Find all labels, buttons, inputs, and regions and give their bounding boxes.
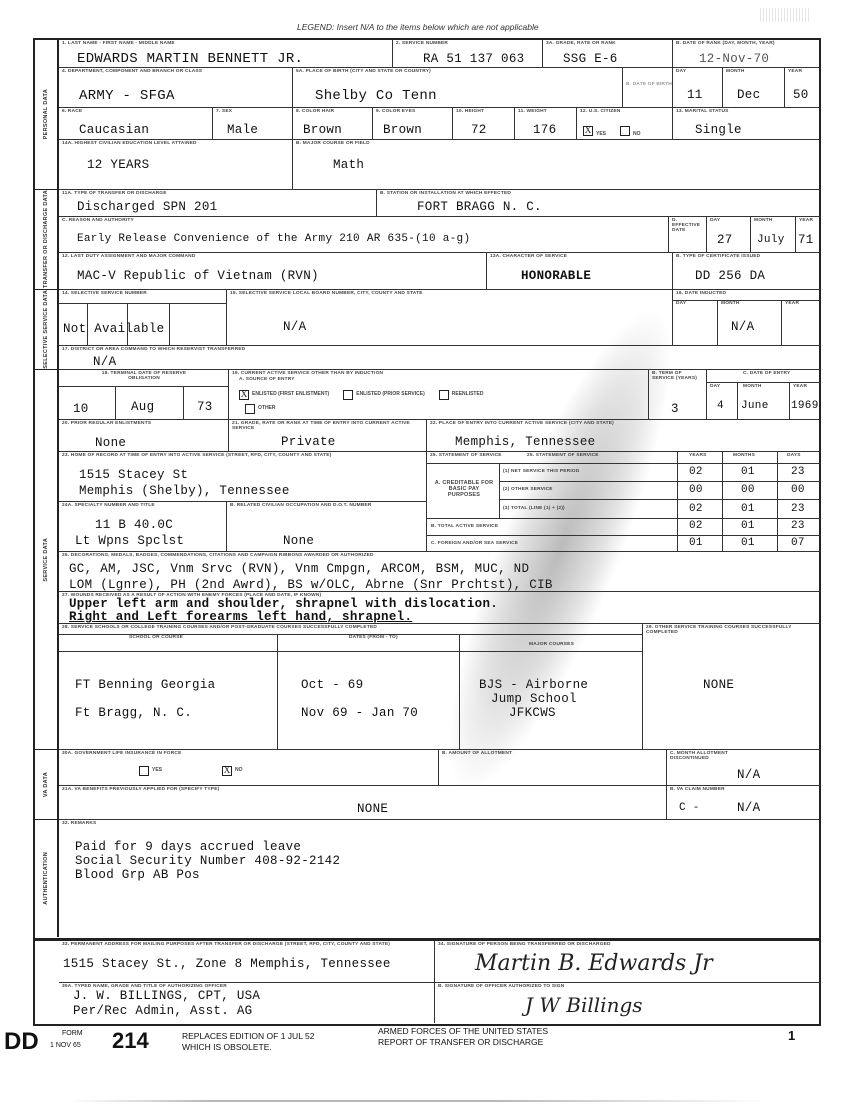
- field-dob-month: MONTH Dec: [723, 68, 785, 108]
- field-grade: 3a. GRADE, RATE OR RANK SSG E-6: [543, 40, 673, 68]
- enlisted-prior-checkbox[interactable]: [343, 390, 353, 400]
- scan-edge-line: [70, 1100, 770, 1102]
- footer-form-date: 1 NOV 65: [50, 1042, 81, 1049]
- field-service-number: 2. SERVICE NUMBER RA 51 137 063: [393, 40, 543, 68]
- field-prior-enlistments: 20. PRIOR REGULAR ENLISTMENTS None: [59, 420, 229, 452]
- footer-title-1: ARMED FORCES OF THE UNITED STATES: [378, 1026, 548, 1036]
- section-va-data: VA DATA: [35, 750, 59, 820]
- field-character-of-service: 13a. CHARACTER OF SERVICE HONORABLE: [487, 253, 673, 290]
- footer-form-number: 214: [112, 1028, 149, 1054]
- footer-title-2: REPORT OF TRANSFER OR DISCHARGE: [378, 1037, 543, 1047]
- legend-text: LEGEND: Insert N/A to the items below wh…: [297, 22, 539, 32]
- field-selective-service-number: 14. SELECTIVE SERVICE NUMBER Not Availab…: [59, 290, 227, 346]
- section-personal-data: PERSONAL DATA: [35, 40, 59, 190]
- signature-member: Martin B. Edwards Jr: [475, 951, 713, 976]
- section-authentication: AUTHENTICATION: [35, 820, 59, 937]
- field-last-duty-assignment: 12. LAST DUTY ASSIGNMENT AND MAJOR COMMA…: [59, 253, 487, 290]
- field-date-of-entry: c. DATE OF ENTRY DAY MONTH YEAR 4 June 1…: [707, 370, 821, 420]
- field-authorizing-officer: 35a. TYPED NAME, GRADE AND TITLE OF AUTH…: [59, 983, 435, 1023]
- field-race: 6. RACE Caucasian: [59, 108, 213, 140]
- field-date-inducted: 16. DATE INDUCTED DAY MONTH YEAR N/A: [673, 290, 821, 346]
- field-va-claim-number: b. VA CLAIM NUMBER C - N/A: [667, 786, 821, 820]
- insurance-yes-checkbox[interactable]: [139, 766, 149, 776]
- footer-replaces-1: REPLACES EDITION OF 1 JUL 52: [182, 1031, 314, 1041]
- field-place-of-birth: 5a. PLACE OF BIRTH (City and State or Co…: [293, 68, 623, 108]
- field-term-of-service: b. TERM OF SERVICE (Years) 3: [649, 370, 707, 420]
- field-decorations: 26. DECORATIONS, MEDALS, BADGES, COMMEND…: [59, 552, 821, 592]
- footer-page-number: 1: [788, 1028, 795, 1043]
- field-transfer-type: 11a. TYPE OF TRANSFER OR DISCHARGE Disch…: [59, 190, 377, 217]
- citizen-no-checkbox[interactable]: [620, 126, 630, 136]
- field-certificate-type: b. TYPE OF CERTIFICATE ISSUED DD 256 DA: [673, 253, 821, 290]
- dd214-form: PERSONAL DATA TRANSFER OR DISCHARGE DATA…: [33, 38, 821, 940]
- authentication-block: 33. PERMANENT ADDRESS FOR MAILING PURPOS…: [33, 940, 821, 1026]
- enlisted-first-checkbox[interactable]: X: [239, 390, 249, 400]
- statement-of-service: 25. STATEMENT OF SERVICE 25. STATEMENT O…: [427, 452, 821, 552]
- field-sex: 7. SEX Male: [213, 108, 293, 140]
- field-life-insurance: 30a. GOVERNMENT LIFE INSURANCE IN FORCE …: [59, 750, 439, 786]
- field-va-benefits: 31a. VA BENEFITS PREVIOUSLY APPLIED FOR …: [59, 786, 667, 820]
- field-dob-label: b. DATE OF BIRTH: [623, 68, 673, 108]
- field-date-of-rank: b. DATE OF RANK (Day, Month, Year) 12-No…: [673, 40, 821, 68]
- scan-stamp: [760, 8, 810, 22]
- field-weight: 11. WEIGHT 176: [515, 108, 577, 140]
- field-other-training: 29. OTHER SERVICE TRAINING COURSES SUCCE…: [643, 624, 821, 750]
- field-civilian-occupation: b. RELATED CIVILIAN OCCUPATION AND D.O.T…: [227, 502, 427, 552]
- signature-officer: J W Billings: [525, 993, 643, 1017]
- field-grade-at-entry: 21. GRADE, RATE OR RANK AT TIME OF ENTRY…: [229, 420, 427, 452]
- field-local-board: 15. SELECTIVE SERVICE LOCAL BOARD NUMBER…: [227, 290, 673, 346]
- field-home-of-record: 23. HOME OF RECORD AT TIME OF ENTRY INTO…: [59, 452, 427, 502]
- field-education: 14a. HIGHEST CIVILIAN EDUCATION LEVEL AT…: [59, 140, 293, 190]
- footer-replaces-2: WHICH IS OBSOLETE.: [182, 1042, 272, 1052]
- field-terminal-date: 18. TERMINAL DATE OF RESERVE OBLIGATION …: [59, 370, 229, 420]
- section-service-data: SERVICE DATA: [35, 370, 59, 750]
- field-signature-discharged: 34. SIGNATURE OF PERSON BEING TRANSFERRE…: [435, 941, 821, 983]
- footer-form-label: FORM: [62, 1030, 83, 1037]
- field-eff-month: MONTH July: [751, 217, 796, 253]
- field-dob-day: DAY 11: [673, 68, 723, 108]
- reenlisted-checkbox[interactable]: [439, 390, 449, 400]
- field-district: 17. DISTRICT OR AREA COMMAND TO WHICH RE…: [59, 346, 821, 370]
- field-source-of-entry: 19. CURRENT ACTIVE SERVICE OTHER THAN BY…: [229, 370, 649, 420]
- field-eff-year: YEAR 71: [796, 217, 821, 253]
- field-department: 4. DEPARTMENT, COMPONENT AND BRANCH OR C…: [59, 68, 293, 108]
- field-officer-signature: b. SIGNATURE OF OFFICER AUTHORIZED TO SI…: [435, 983, 821, 1023]
- field-eff-day: DAY 27: [707, 217, 751, 253]
- field-specialty: 24a. SPECIALTY NUMBER AND TITLE 11 B 40.…: [59, 502, 227, 552]
- field-place-of-entry: 22. PLACE OF ENTRY INTO CURRENT ACTIVE S…: [427, 420, 821, 452]
- field-remarks: 32. REMARKS Paid for 9 days accrued leav…: [59, 820, 821, 937]
- field-major: b. MAJOR COURSE OR FIELD Math: [293, 140, 821, 190]
- field-hair-color: 8. COLOR HAIR Brown: [293, 108, 373, 140]
- section-transfer-data: TRANSFER OR DISCHARGE DATA: [35, 190, 59, 290]
- footer-dd: DD: [4, 1028, 39, 1056]
- field-citizen: 12. U.S. CITIZEN XYES NO: [577, 108, 673, 140]
- citizen-yes-checkbox[interactable]: X: [583, 126, 593, 136]
- field-marital-status: 13. MARITAL STATUS Single: [673, 108, 821, 140]
- field-service-schools: 28. SERVICE SCHOOLS OR COLLEGE TRAINING …: [59, 624, 643, 750]
- field-reason-authority: c. REASON AND AUTHORITY Early Release Co…: [59, 217, 669, 253]
- field-eye-color: 9. COLOR EYES Brown: [373, 108, 453, 140]
- field-station: b. STATION OR INSTALLATION AT WHICH EFFE…: [377, 190, 821, 217]
- other-entry-checkbox[interactable]: [245, 404, 255, 414]
- field-allotment-amount: b. AMOUNT OF ALLOTMENT: [439, 750, 667, 786]
- field-effective-date-label: d. EFFECTIVE DATE: [669, 217, 707, 253]
- field-name: 1. LAST NAME - FIRST NAME - MIDDLE NAME …: [59, 40, 393, 68]
- insurance-no-checkbox[interactable]: X: [222, 766, 232, 776]
- field-dob-year: YEAR 50: [785, 68, 821, 108]
- field-allotment-discontinued: c. MONTH ALLOTMENT DISCONTINUED N/A: [667, 750, 821, 786]
- section-selective-service: SELECTIVE SERVICE DATA: [35, 290, 59, 370]
- field-wounds: 27. WOUNDS RECEIVED AS A RESULT OF ACTIO…: [59, 592, 821, 624]
- field-permanent-address: 33. PERMANENT ADDRESS FOR MAILING PURPOS…: [59, 941, 435, 983]
- field-height: 10. HEIGHT 72: [453, 108, 515, 140]
